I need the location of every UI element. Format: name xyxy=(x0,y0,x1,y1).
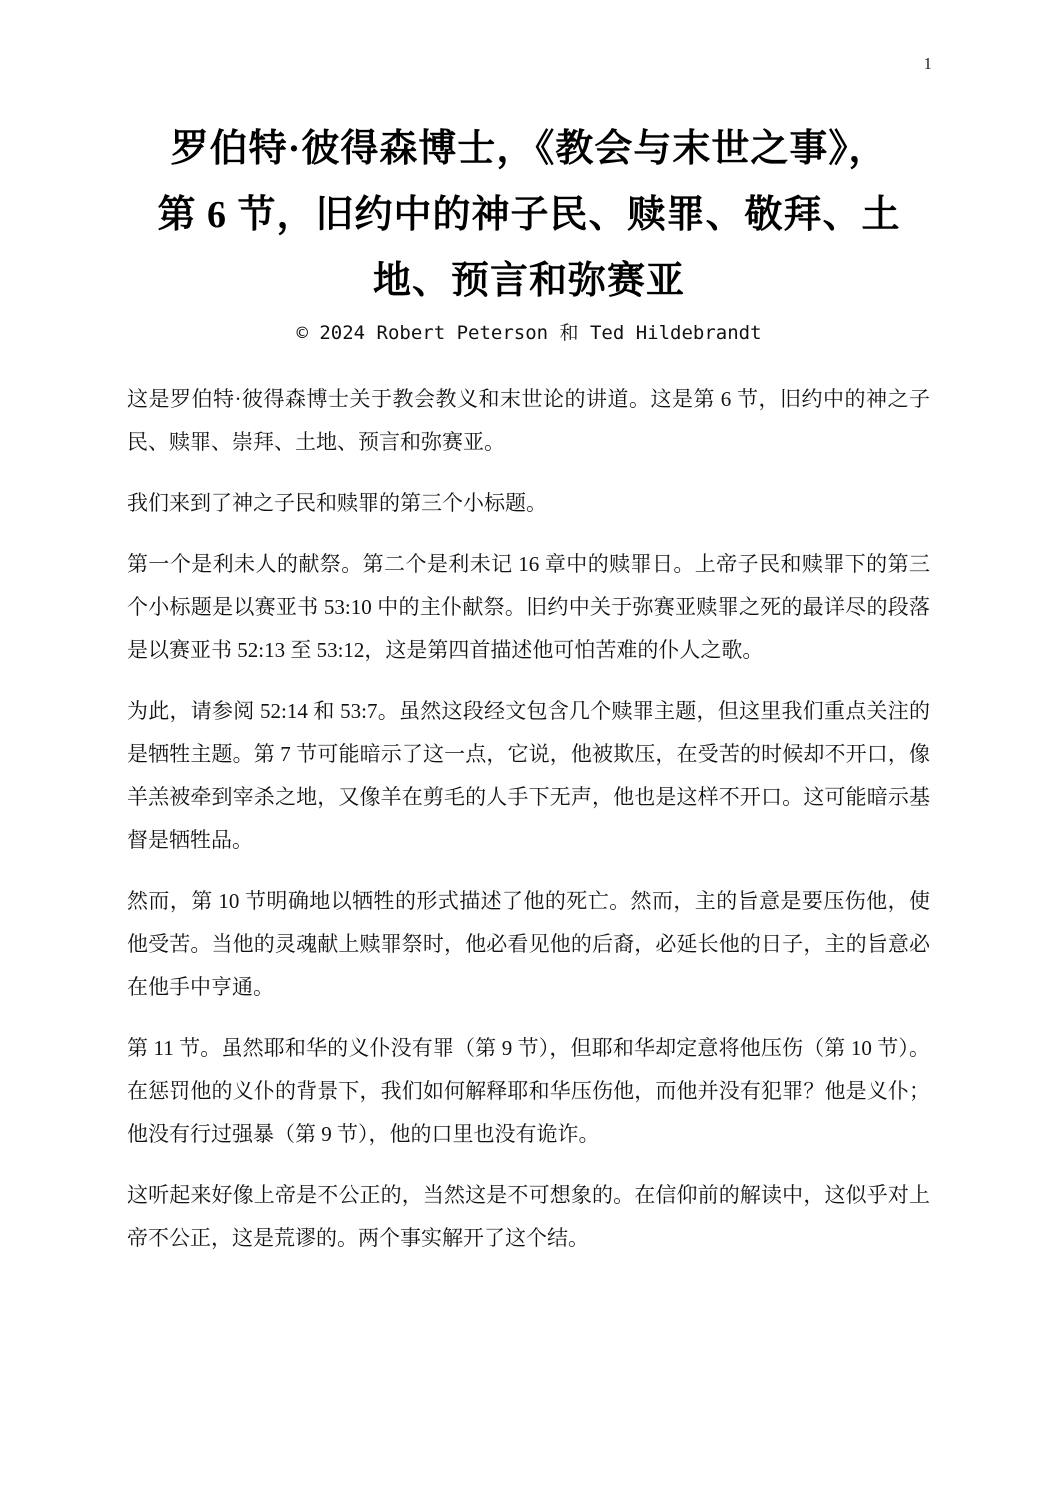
copyright-line: © 2024 Robert Peterson 和 Ted Hildebrandt xyxy=(127,320,931,346)
paragraph-verse-11: 第 11 节。虽然耶和华的义仆没有罪（第 9 节），但耶和华却定意将他压伤（第 … xyxy=(127,1027,930,1156)
document-title-line-1: 罗伯特·彼得森博士，《教会与末世之事》， xyxy=(127,116,931,182)
document-title: 罗伯特·彼得森博士，《教会与末世之事》， 第 6 节，旧约中的神子民、赎罪、敬拜… xyxy=(127,116,931,314)
document-page: 1 罗伯特·彼得森博士，《教会与末世之事》， 第 6 节，旧约中的神子民、赎罪、… xyxy=(0,0,1058,1497)
page-number: 1 xyxy=(924,52,933,76)
paragraph-verse-10: 然而，第 10 节明确地以牺牲的形式描述了他的死亡。然而，主的旨意是要压伤他，使… xyxy=(127,880,930,1009)
paragraph-conclusion: 这听起来好像上帝是不公正的，当然这是不可想象的。在信仰前的解读中，这似乎对上帝不… xyxy=(127,1174,930,1260)
paragraph-isaiah-52-53: 为此，请参阅 52:14 和 53:7。虽然这段经文包含几个赎罪主题，但这里我们… xyxy=(127,690,930,862)
document-title-line-3: 地、预言和弥赛亚 xyxy=(127,248,931,314)
paragraph-third-subheading: 我们来到了神之子民和赎罪的第三个小标题。 xyxy=(127,482,930,525)
paragraph-intro: 这是罗伯特·彼得森博士关于教会教义和末世论的讲道。这是第 6 节，旧约中的神之子… xyxy=(127,378,930,464)
document-title-line-2: 第 6 节，旧约中的神子民、赎罪、敬拜、土 xyxy=(127,182,931,248)
document-body: 这是罗伯特·彼得森博士关于教会教义和末世论的讲道。这是第 6 节，旧约中的神之子… xyxy=(127,378,930,1260)
paragraph-levitical-sacrifices: 第一个是利未人的献祭。第二个是利未记 16 章中的赎罪日。上帝子民和赎罪下的第三… xyxy=(127,543,930,672)
